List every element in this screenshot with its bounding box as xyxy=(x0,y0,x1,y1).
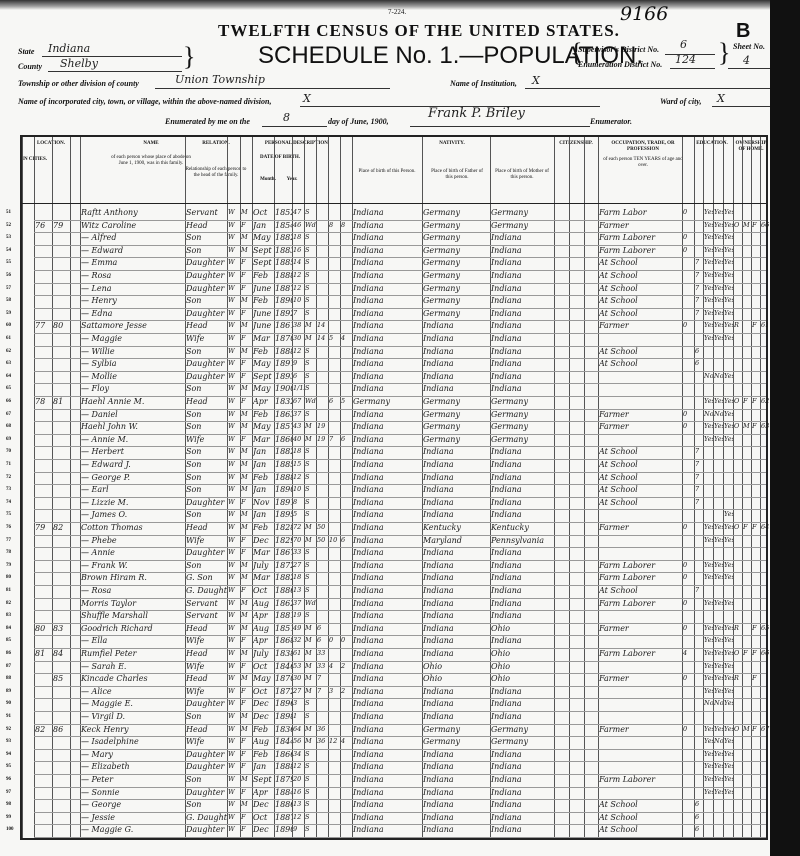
line-number: 91 xyxy=(6,714,11,719)
cell-school: 6 xyxy=(695,812,703,823)
cell-color: W xyxy=(228,799,240,810)
cell-marital: S xyxy=(305,711,316,722)
cell-read: Yes xyxy=(704,245,713,256)
cell-mother: Indiana xyxy=(491,799,554,810)
cell-age: 64 xyxy=(293,724,304,735)
cell-birth: Indiana xyxy=(353,207,422,218)
cell-color: W xyxy=(228,421,240,432)
institution-value: X xyxy=(532,74,540,87)
cell-father: Indiana xyxy=(423,598,490,609)
cell-school: 7 xyxy=(695,459,703,470)
cell-years-married: 50 xyxy=(317,535,328,546)
cell-occupation: Farmer xyxy=(599,673,682,684)
cell-english: Yes xyxy=(724,270,733,281)
cell-school: 6 xyxy=(695,358,703,369)
cell-month: May xyxy=(253,358,274,369)
cell-father: Indiana xyxy=(423,686,490,697)
cell-age: 12 xyxy=(293,812,304,823)
cell-month: Feb xyxy=(253,295,274,306)
cell-marital: M xyxy=(305,421,316,432)
cell-birth: Indiana xyxy=(353,383,422,394)
cell-english: Yes xyxy=(724,245,733,256)
cell-name: — Lena xyxy=(81,283,185,294)
sheet-value: 4 xyxy=(743,54,750,67)
cell-own: O xyxy=(734,724,742,735)
cell-birth: Indiana xyxy=(353,346,422,357)
cell-month: Mar xyxy=(253,572,274,583)
cell-living: 0 xyxy=(341,635,352,646)
cell-color: W xyxy=(228,283,240,294)
cell-father: Maryland xyxy=(423,535,490,546)
cell-write: Yes xyxy=(714,396,723,407)
cell-dwelling: 76 xyxy=(35,220,52,231)
cell-write: Yes xyxy=(714,270,723,281)
cell-name: Cotton Thomas xyxy=(81,522,185,533)
cell-color: W xyxy=(228,711,240,722)
cell-age: 6 xyxy=(293,371,304,382)
line-number: 87 xyxy=(6,664,11,669)
cell-year: 1851 xyxy=(275,623,292,634)
cell-living: 4 xyxy=(341,333,352,344)
cell-father: Indiana xyxy=(423,698,490,709)
cell-father: Indiana xyxy=(423,799,490,810)
cell-dwelling: 77 xyxy=(35,320,52,331)
cell-month: Aug xyxy=(253,736,274,747)
cell-own: O xyxy=(734,421,742,432)
cell-birth: Indiana xyxy=(353,560,422,571)
cell-write: Yes xyxy=(714,560,723,571)
column-divider xyxy=(22,137,23,838)
cell-month: Oct xyxy=(253,812,274,823)
cell-year: 1888 xyxy=(275,761,292,772)
cell-birth: Indiana xyxy=(353,572,422,583)
cell-birth: Indiana xyxy=(353,484,422,495)
cell-color: W xyxy=(228,547,240,558)
schedule-letter: B xyxy=(736,20,750,43)
cell-months-unemployed: 0 xyxy=(683,245,694,256)
cell-age: 10 xyxy=(293,295,304,306)
cell-birth: Indiana xyxy=(353,245,422,256)
supervisor-label: Supervisor's District No. xyxy=(578,45,659,54)
cell-mother: Germany xyxy=(491,409,554,420)
cell-months-unemployed: 0 xyxy=(683,320,694,331)
cell-year: 1828 xyxy=(275,522,292,533)
cell-english: Yes xyxy=(724,673,733,684)
line-number: 82 xyxy=(6,601,11,606)
cell-father: Indiana xyxy=(423,371,490,382)
cell-relation: Daughter xyxy=(186,371,227,382)
cell-schedule: 67 xyxy=(761,724,770,735)
cell-age: 1/12 xyxy=(293,383,304,394)
cell-relation: G. Daughter xyxy=(186,812,227,823)
cell-marital: Wd xyxy=(305,220,316,231)
cell-relation: Head xyxy=(186,396,227,407)
cell-month: Sept xyxy=(253,245,274,256)
cell-age: 18 xyxy=(293,572,304,583)
cell-marital: S xyxy=(305,560,316,571)
cell-marital: S xyxy=(305,257,316,268)
supervisor-value: 6 xyxy=(680,38,687,51)
cell-schedule: 64 xyxy=(761,522,770,533)
cell-occupation: Farm Laborer xyxy=(599,774,682,785)
cell-year: 1872 xyxy=(275,560,292,571)
cell-living: 6 xyxy=(341,434,352,445)
cell-write: Yes xyxy=(714,673,723,684)
cell-year: 1886 xyxy=(275,799,292,810)
column-divider xyxy=(328,137,329,838)
cell-color: W xyxy=(228,635,240,646)
cell-year: 1890 xyxy=(275,295,292,306)
cell-relation: Daughter xyxy=(186,787,227,798)
cell-mother: Indiana xyxy=(491,824,554,835)
cell-age: 67 xyxy=(293,396,304,407)
cell-relation: Servant xyxy=(186,610,227,621)
cell-occupation: Farm Laborer xyxy=(599,648,682,659)
cell-occupation: At School xyxy=(599,283,682,294)
cell-mother: Germany xyxy=(491,724,554,735)
cell-year: 1870 xyxy=(275,333,292,344)
cell-age: 46 xyxy=(293,220,304,231)
cell-marital: M xyxy=(305,635,316,646)
cell-name: Goodrich Richard xyxy=(81,623,185,634)
cell-mother: Indiana xyxy=(491,295,554,306)
cell-free: F xyxy=(743,396,751,407)
cell-occupation: Farm Laborer xyxy=(599,572,682,583)
cell-father: Indiana xyxy=(423,635,490,646)
cell-age: 18 xyxy=(293,232,304,243)
cell-age: 5 xyxy=(293,509,304,520)
cell-relation: Head xyxy=(186,320,227,331)
enumerated-label: Enumerated by me on the xyxy=(165,117,250,126)
line-number: 66 xyxy=(6,399,11,404)
enumerator-label: Enumerator. xyxy=(590,117,632,126)
cell-years-married: 36 xyxy=(317,724,328,735)
population-table: LOCATION. IN CITIES. NAME of each person… xyxy=(20,135,768,840)
cell-name: — Mary xyxy=(81,749,185,760)
cell-month: Dec xyxy=(253,711,274,722)
cell-own: O xyxy=(734,220,742,231)
cell-mother: Indiana xyxy=(491,686,554,697)
cell-living: 2 xyxy=(341,661,352,672)
cell-schedule: 62 xyxy=(761,396,770,407)
cell-months-unemployed: 0 xyxy=(683,522,694,533)
cell-father: Ohio xyxy=(423,673,490,684)
cell-color: W xyxy=(228,346,240,357)
cell-years-married: 19 xyxy=(317,421,328,432)
cell-schedule: 65 xyxy=(761,623,770,634)
header-occupation-desc: of each person TEN YEARS of age and over… xyxy=(600,157,686,169)
cell-year: 1890 xyxy=(275,484,292,495)
cell-month: Jan xyxy=(253,761,274,772)
cell-read: Yes xyxy=(704,648,713,659)
cell-name: — Maggie G. xyxy=(81,824,185,835)
cell-birth: Indiana xyxy=(353,421,422,432)
cell-mother: Indiana xyxy=(491,484,554,495)
line-number: 70 xyxy=(6,449,11,454)
cell-month: Feb xyxy=(253,346,274,357)
cell-color: W xyxy=(228,560,240,571)
cell-birth: Indiana xyxy=(353,295,422,306)
enumerator-name: Frank P. Briley xyxy=(428,106,525,121)
cell-mother: Kentucky xyxy=(491,522,554,533)
cell-father: Germany xyxy=(423,396,490,407)
cell-father: Indiana xyxy=(423,787,490,798)
cell-occupation: Farmer xyxy=(599,421,682,432)
cell-year: 1887 xyxy=(275,283,292,294)
cell-color: W xyxy=(228,295,240,306)
cell-english: Yes xyxy=(724,308,733,319)
cell-marital: S xyxy=(305,774,316,785)
cell-relation: Son xyxy=(186,509,227,520)
cell-year: 1867 xyxy=(275,547,292,558)
line-number: 88 xyxy=(6,676,11,681)
cell-father: Kentucky xyxy=(423,522,490,533)
cell-english: Yes xyxy=(724,295,733,306)
cell-sex: F xyxy=(241,283,252,294)
cell-read: Yes xyxy=(704,333,713,344)
cell-write: Yes xyxy=(714,333,723,344)
cell-english: Yes xyxy=(724,598,733,609)
cell-family: 81 xyxy=(53,396,70,407)
cell-color: W xyxy=(228,598,240,609)
cell-farm: F xyxy=(752,623,760,634)
cell-year: 1882 xyxy=(275,232,292,243)
cell-write: No xyxy=(714,736,723,747)
cell-name: — James O. xyxy=(81,509,185,520)
cell-dwelling: 81 xyxy=(35,648,52,659)
cell-english: Yes xyxy=(724,572,733,583)
line-number: 93 xyxy=(6,739,11,744)
cell-color: W xyxy=(228,409,240,420)
cell-month: Dec xyxy=(253,799,274,810)
cell-color: W xyxy=(228,623,240,634)
cell-mother: Germany xyxy=(491,396,554,407)
cell-marital: S xyxy=(305,358,316,369)
cell-father: Germany xyxy=(423,207,490,218)
cell-occupation: Farmer xyxy=(599,623,682,634)
cell-english: Yes xyxy=(724,257,733,268)
cell-sex: M xyxy=(241,207,252,218)
cell-name: Morris Taylor xyxy=(81,598,185,609)
cell-births: 7 xyxy=(329,434,340,445)
cell-english: Yes xyxy=(724,283,733,294)
cell-english: Yes xyxy=(724,686,733,697)
cell-write: Yes xyxy=(714,257,723,268)
cell-name: — Daniel xyxy=(81,409,185,420)
cell-age: 19 xyxy=(293,610,304,621)
header-relation-desc: Relationship of each person to the head … xyxy=(185,167,247,179)
cell-marital: S xyxy=(305,472,316,483)
census-title: TWELFTH CENSUS OF THE UNITED STATES. xyxy=(218,21,620,41)
state-value: Indiana xyxy=(48,42,90,55)
cell-month: Dec xyxy=(253,824,274,835)
cell-sex: F xyxy=(241,761,252,772)
cell-color: W xyxy=(228,308,240,319)
cell-mother: Indiana xyxy=(491,270,554,281)
cell-school: 7 xyxy=(695,472,703,483)
cell-family: 84 xyxy=(53,648,70,659)
institution-label: Name of Institution, xyxy=(450,79,517,88)
cell-family: 83 xyxy=(53,623,70,634)
cell-months-unemployed: 0 xyxy=(683,598,694,609)
cell-year: 1838 xyxy=(275,648,292,659)
cell-dwelling: 78 xyxy=(35,396,52,407)
header-nativity: NATIVITY. xyxy=(352,141,552,147)
county-label: County xyxy=(18,62,42,71)
cell-father: Germany xyxy=(423,220,490,231)
cell-marital: S xyxy=(305,383,316,394)
line-number: 92 xyxy=(6,727,11,732)
cell-mother: Indiana xyxy=(491,371,554,382)
cell-birth: Indiana xyxy=(353,232,422,243)
header-personal: PERSONAL DESCRIPTION. xyxy=(227,141,367,147)
cell-relation: Daughter xyxy=(186,283,227,294)
cell-month: June xyxy=(253,320,274,331)
cell-school: 7 xyxy=(695,257,703,268)
cell-month: May xyxy=(253,232,274,243)
cell-marital: S xyxy=(305,459,316,470)
cell-relation: Head xyxy=(186,673,227,684)
line-number: 80 xyxy=(6,575,11,580)
cell-free: M xyxy=(743,220,751,231)
cell-name: — Willie xyxy=(81,346,185,357)
cell-marital: S xyxy=(305,799,316,810)
cell-read: Yes xyxy=(704,598,713,609)
cell-family: 86 xyxy=(53,724,70,735)
cell-months-unemployed: 4 xyxy=(683,648,694,659)
cell-marital: M xyxy=(305,648,316,659)
cell-mother: Pennsylvania xyxy=(491,535,554,546)
cell-age: 37 xyxy=(293,598,304,609)
cell-year: 1832 xyxy=(275,396,292,407)
cell-write: Yes xyxy=(714,245,723,256)
city-label: Name of incorporated city, town, or vill… xyxy=(18,97,271,106)
cell-occupation: Farm Labor xyxy=(599,207,682,218)
cell-read: Yes xyxy=(704,257,713,268)
line-number: 90 xyxy=(6,701,11,706)
cell-english: Yes xyxy=(724,749,733,760)
cell-dwelling: 79 xyxy=(35,522,52,533)
cell-marital: M xyxy=(305,320,316,331)
cell-month: Apr xyxy=(253,635,274,646)
cell-name: — Alice xyxy=(81,686,185,697)
cell-marital: S xyxy=(305,547,316,558)
cell-read: Yes xyxy=(704,560,713,571)
cell-mother: Indiana xyxy=(491,761,554,772)
cell-living: 4 xyxy=(341,736,352,747)
cell-schedule: 61 xyxy=(761,320,770,331)
line-number: 76 xyxy=(6,525,11,530)
cell-sex: M xyxy=(241,346,252,357)
cell-father: Indiana xyxy=(423,459,490,470)
cell-age: 12 xyxy=(293,283,304,294)
cell-month: June xyxy=(253,308,274,319)
cell-farm: F xyxy=(752,220,760,231)
cell-father: Indiana xyxy=(423,711,490,722)
cell-own: R xyxy=(734,623,742,634)
cell-father: Indiana xyxy=(423,383,490,394)
cell-write: Yes xyxy=(714,308,723,319)
cell-sex: F xyxy=(241,787,252,798)
line-number: 67 xyxy=(6,412,11,417)
township-label: Township or other division of county xyxy=(18,79,139,88)
cell-read: Yes xyxy=(704,673,713,684)
cell-mother: Indiana xyxy=(491,698,554,709)
cell-name: — Annie xyxy=(81,547,185,558)
cell-month: Aug xyxy=(253,598,274,609)
header-citizenship: CITIZENSHIP. xyxy=(554,141,598,147)
cell-color: W xyxy=(228,497,240,508)
cell-month: Jan xyxy=(253,446,274,457)
cell-months-unemployed: 0 xyxy=(683,421,694,432)
cell-living: 8 xyxy=(341,220,352,231)
cell-marital: S xyxy=(305,787,316,798)
cell-english: Yes xyxy=(724,396,733,407)
cell-read: Yes xyxy=(704,295,713,306)
cell-father: Indiana xyxy=(423,572,490,583)
scan-edge xyxy=(770,0,800,856)
cell-father: Indiana xyxy=(423,346,490,357)
cell-color: W xyxy=(228,824,240,835)
cell-age: 27 xyxy=(293,686,304,697)
cell-sex: F xyxy=(241,812,252,823)
cell-write: Yes xyxy=(714,761,723,772)
cell-father: Indiana xyxy=(423,446,490,457)
cell-father: Indiana xyxy=(423,824,490,835)
cell-color: W xyxy=(228,320,240,331)
cell-name: Raftt Anthony xyxy=(81,207,185,218)
cell-age: 10 xyxy=(293,484,304,495)
township-value: Union Township xyxy=(175,73,265,86)
cell-month: Jan xyxy=(253,220,274,231)
line-number: 68 xyxy=(6,424,11,429)
cell-months-unemployed: 0 xyxy=(683,409,694,420)
cell-read: Yes xyxy=(704,736,713,747)
ward-label: Ward of city, xyxy=(660,97,702,106)
cell-sex: F xyxy=(241,686,252,697)
cell-month: Feb xyxy=(253,724,274,735)
cell-father: Germany xyxy=(423,295,490,306)
cell-name: — Henry xyxy=(81,295,185,306)
cell-father: Indiana xyxy=(423,648,490,659)
cell-marital: S xyxy=(305,270,316,281)
cell-name: — Rosa xyxy=(81,270,185,281)
cell-color: W xyxy=(228,648,240,659)
cell-father: Indiana xyxy=(423,509,490,520)
cell-relation: Son xyxy=(186,421,227,432)
cell-father: Indiana xyxy=(423,547,490,558)
cell-birth: Indiana xyxy=(353,371,422,382)
cell-write: Yes xyxy=(714,421,723,432)
cell-name: — Earl xyxy=(81,484,185,495)
cell-father: Germany xyxy=(423,245,490,256)
line-number: 95 xyxy=(6,764,11,769)
cell-name: — Jessie xyxy=(81,812,185,823)
cell-sex: F xyxy=(241,371,252,382)
header-name: NAME xyxy=(106,141,196,147)
cell-sex: F xyxy=(241,698,252,709)
cell-year: 1882 xyxy=(275,446,292,457)
cell-marital: Wd xyxy=(305,396,316,407)
cell-name: — Maggie E. xyxy=(81,698,185,709)
line-number: 55 xyxy=(6,260,11,265)
cell-births: 8 xyxy=(329,220,340,231)
cell-birth: Indiana xyxy=(353,673,422,684)
cell-read: Yes xyxy=(704,270,713,281)
cell-relation: G. Son xyxy=(186,572,227,583)
line-number: 60 xyxy=(6,323,11,328)
cell-name: — Isadelphine xyxy=(81,736,185,747)
